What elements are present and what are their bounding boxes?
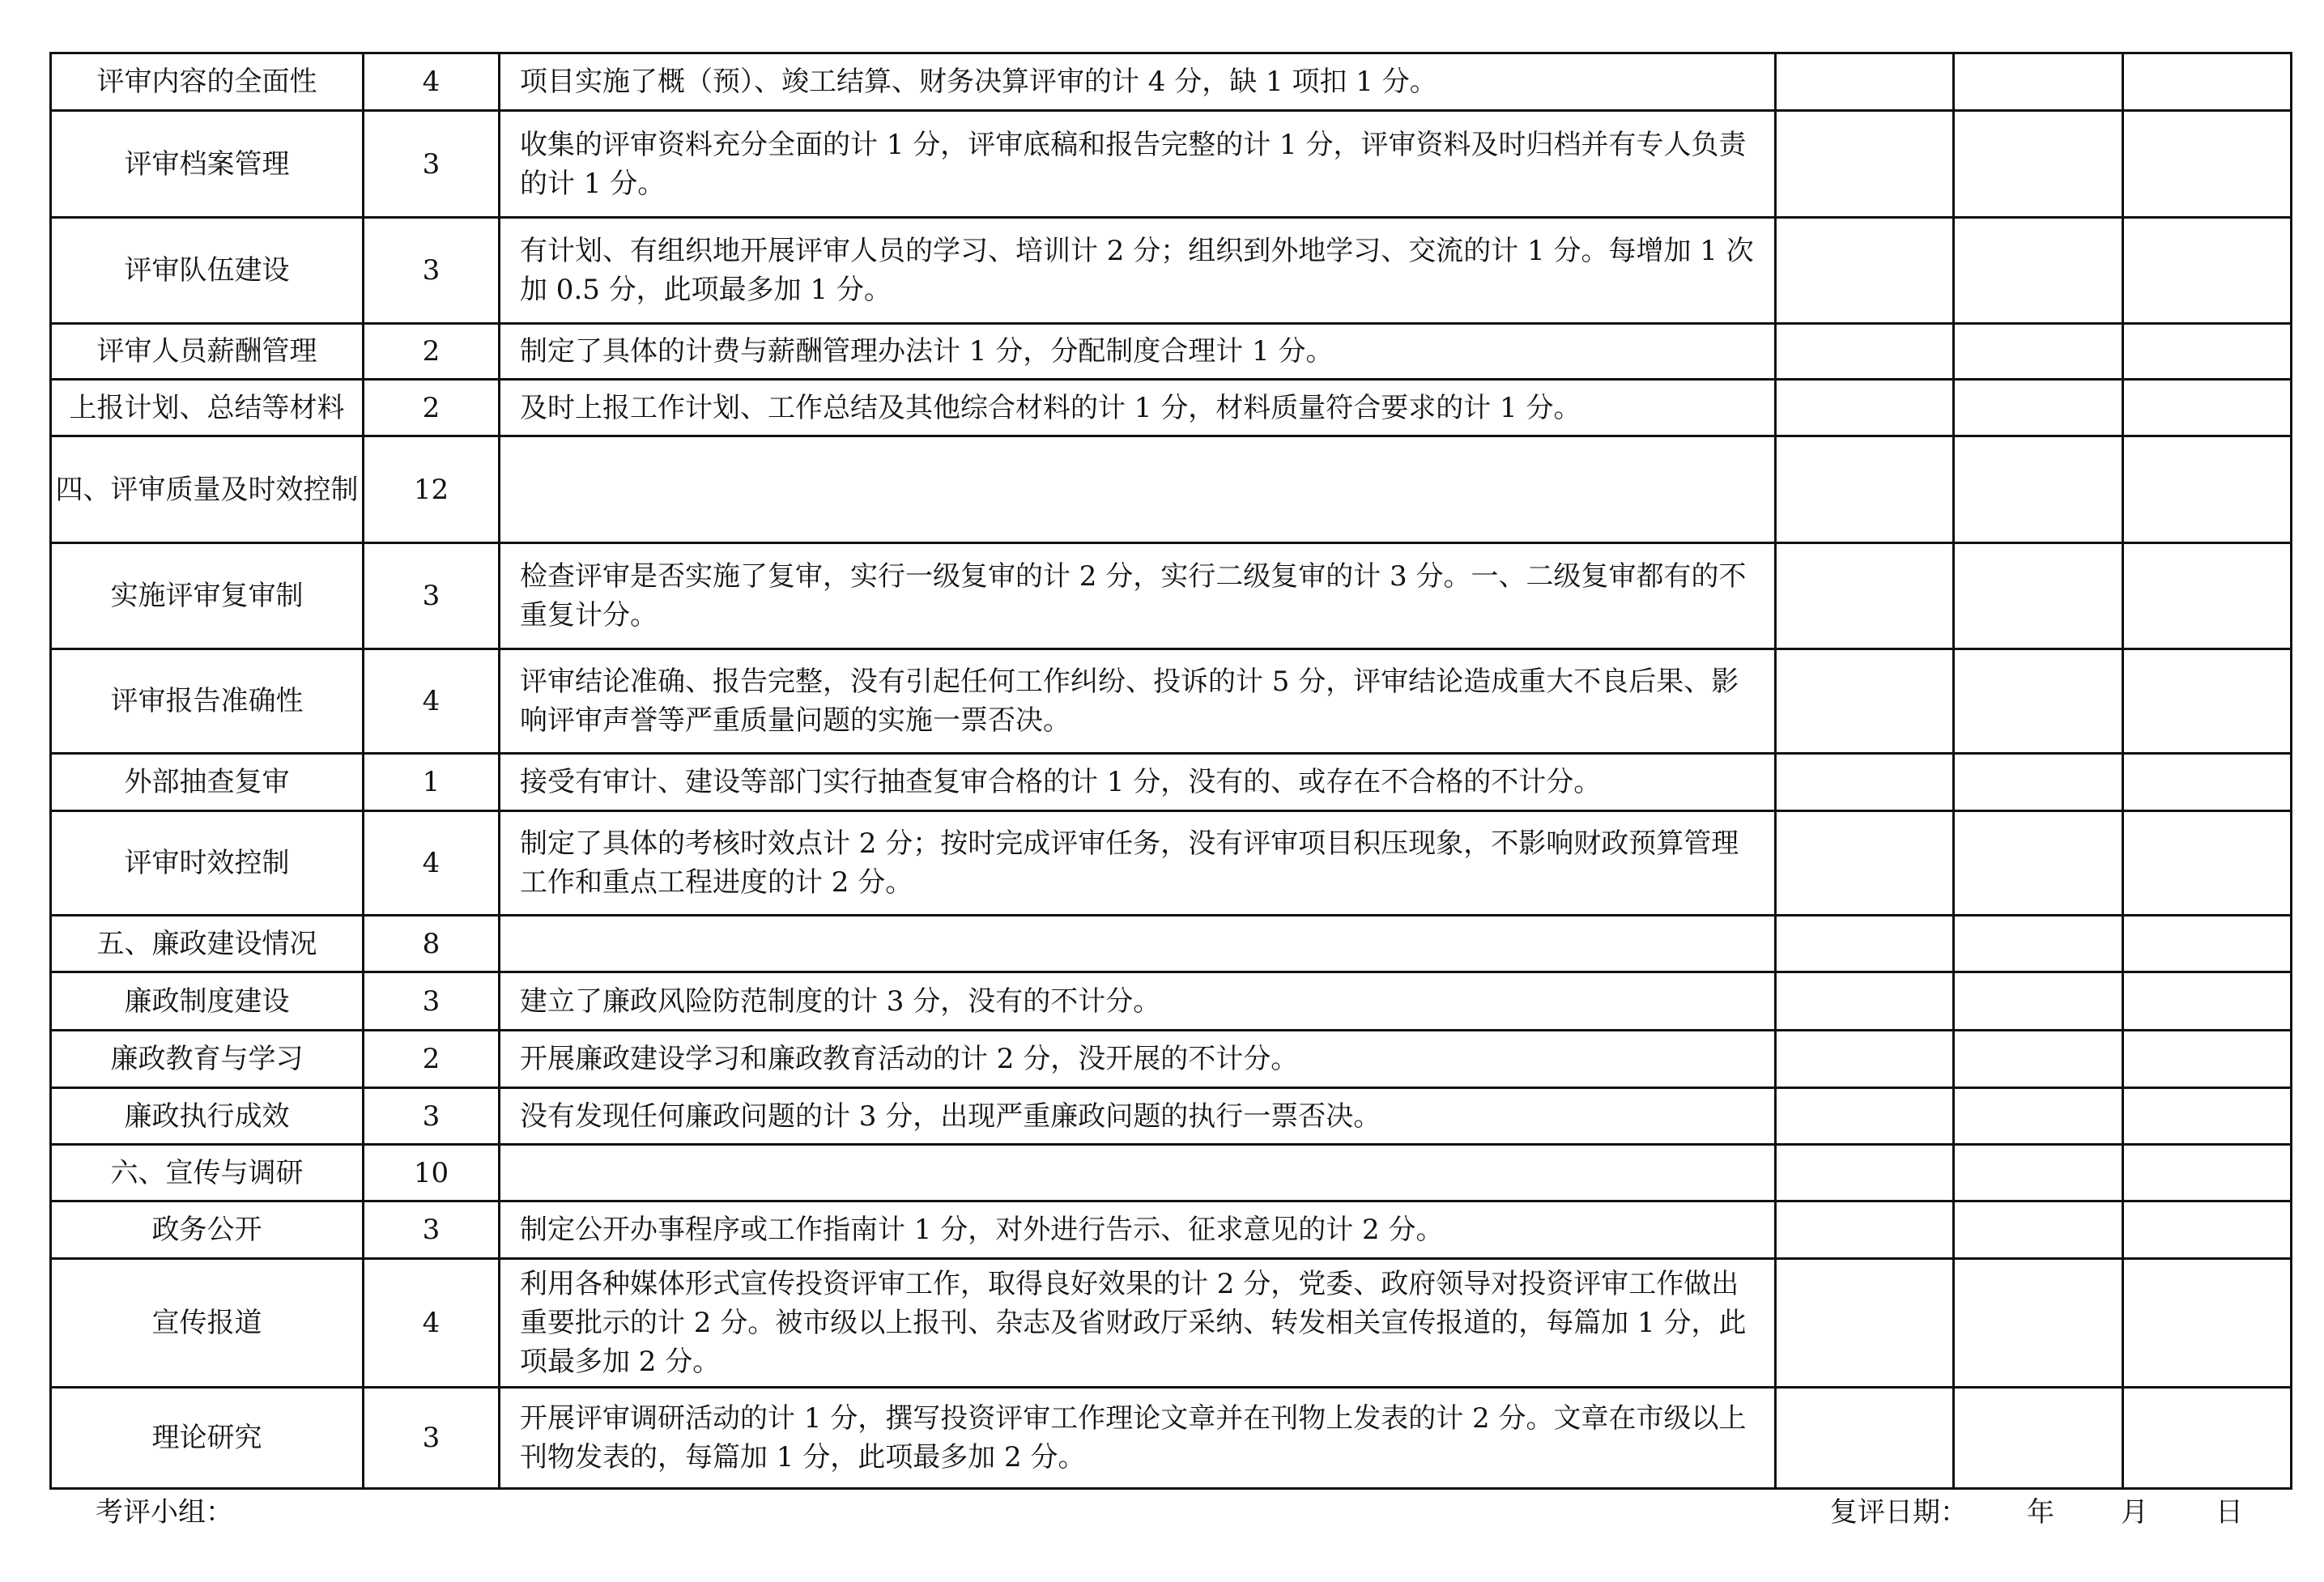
points-cell: 10 — [364, 1145, 500, 1201]
criteria-cell: 检查评审是否实施了复审，实行一级复审的计 2 分，实行二级复审的计 3 分。一、… — [500, 543, 1776, 649]
item-cell: 廉政制度建设 — [51, 972, 364, 1031]
score-cell — [1776, 543, 1954, 649]
remark-cell — [2123, 1388, 2292, 1489]
criteria-cell: 项目实施了概（预）、竣工结算、财务决算评审的计 4 分，缺 1 项扣 1 分。 — [500, 53, 1776, 111]
review-cell — [1954, 916, 2123, 972]
remark-cell — [2123, 1259, 2292, 1388]
criteria-cell — [500, 1145, 1776, 1201]
score-cell — [1776, 811, 1954, 916]
item-cell: 评审报告准确性 — [51, 649, 364, 754]
points-cell: 8 — [364, 916, 500, 972]
table-row: 评审人员薪酬管理2制定了具体的计费与薪酬管理办法计 1 分，分配制度合理计 1 … — [51, 324, 2292, 380]
table-row: 廉政制度建设3建立了廉政风险防范制度的计 3 分，没有的不计分。 — [51, 972, 2292, 1031]
review-cell — [1954, 53, 2123, 111]
review-cell — [1954, 324, 2123, 380]
criteria-cell: 制定公开办事程序或工作指南计 1 分，对外进行告示、征求意见的计 2 分。 — [500, 1201, 1776, 1259]
remark-cell — [2123, 1201, 2292, 1259]
criteria-cell: 评审结论准确、报告完整，没有引起任何工作纠纷、投诉的计 5 分，评审结论造成重大… — [500, 649, 1776, 754]
review-cell — [1954, 1088, 2123, 1145]
score-cell — [1776, 1031, 1954, 1088]
item-cell: 五、廉政建设情况 — [51, 916, 364, 972]
table-row: 评审队伍建设3有计划、有组织地开展评审人员的学习、培训计 2 分；组织到外地学习… — [51, 218, 2292, 324]
points-cell: 2 — [364, 1031, 500, 1088]
remark-cell — [2123, 754, 2292, 811]
remark-cell — [2123, 1031, 2292, 1088]
remark-cell — [2123, 436, 2292, 543]
review-cell — [1954, 1145, 2123, 1201]
criteria-cell: 及时上报工作计划、工作总结及其他综合材料的计 1 分，材料质量符合要求的计 1 … — [500, 380, 1776, 436]
score-cell — [1776, 1388, 1954, 1489]
month-label: 月 — [2121, 1490, 2148, 1529]
points-cell: 3 — [364, 1388, 500, 1489]
year-label: 年 — [2027, 1490, 2054, 1529]
points-cell: 4 — [364, 811, 500, 916]
review-cell — [1954, 754, 2123, 811]
item-cell: 六、宣传与调研 — [51, 1145, 364, 1201]
table-row: 上报计划、总结等材料2及时上报工作计划、工作总结及其他综合材料的计 1 分，材料… — [51, 380, 2292, 436]
item-cell: 上报计划、总结等材料 — [51, 380, 364, 436]
points-cell: 3 — [364, 218, 500, 324]
criteria-cell: 建立了廉政风险防范制度的计 3 分，没有的不计分。 — [500, 972, 1776, 1031]
table-row: 廉政教育与学习2开展廉政建设学习和廉政教育活动的计 2 分，没开展的不计分。 — [51, 1031, 2292, 1088]
item-cell: 评审队伍建设 — [51, 218, 364, 324]
table-row: 评审档案管理3收集的评审资料充分全面的计 1 分，评审底稿和报告完整的计 1 分… — [51, 111, 2292, 218]
points-cell: 4 — [364, 649, 500, 754]
review-cell — [1954, 436, 2123, 543]
item-cell: 评审时效控制 — [51, 811, 364, 916]
points-cell: 4 — [364, 53, 500, 111]
review-cell — [1954, 1201, 2123, 1259]
table-row: 外部抽查复审1接受有审计、建设等部门实行抽查复审合格的计 1 分，没有的、或存在… — [51, 754, 2292, 811]
item-cell: 宣传报道 — [51, 1259, 364, 1388]
points-cell: 3 — [364, 1088, 500, 1145]
remark-cell — [2123, 53, 2292, 111]
score-cell — [1776, 1145, 1954, 1201]
remark-cell — [2123, 111, 2292, 218]
score-cell — [1776, 972, 1954, 1031]
item-cell: 评审内容的全面性 — [51, 53, 364, 111]
table-row: 四、评审质量及时效控制12 — [51, 436, 2292, 543]
remark-cell — [2123, 324, 2292, 380]
table-row: 理论研究3开展评审调研活动的计 1 分，撰写投资评审工作理论文章并在刊物上发表的… — [51, 1388, 2292, 1489]
table-row: 宣传报道4利用各种媒体形式宣传投资评审工作，取得良好效果的计 2 分，党委、政府… — [51, 1259, 2292, 1388]
remark-cell — [2123, 1088, 2292, 1145]
review-date-label: 复评日期： — [1830, 1490, 1968, 1529]
score-cell — [1776, 53, 1954, 111]
review-cell — [1954, 1388, 2123, 1489]
table-row: 评审时效控制4制定了具体的考核时效点计 2 分；按时完成评审任务，没有评审项目积… — [51, 811, 2292, 916]
score-cell — [1776, 324, 1954, 380]
score-cell — [1776, 916, 1954, 972]
remark-cell — [2123, 916, 2292, 972]
criteria-cell: 制定了具体的计费与薪酬管理办法计 1 分，分配制度合理计 1 分。 — [500, 324, 1776, 380]
points-cell: 2 — [364, 324, 500, 380]
review-cell — [1954, 972, 2123, 1031]
score-cell — [1776, 649, 1954, 754]
criteria-cell — [500, 916, 1776, 972]
points-cell: 3 — [364, 543, 500, 649]
criteria-cell: 有计划、有组织地开展评审人员的学习、培训计 2 分；组织到外地学习、交流的计 1… — [500, 218, 1776, 324]
review-cell — [1954, 380, 2123, 436]
score-cell — [1776, 1201, 1954, 1259]
points-cell: 4 — [364, 1259, 500, 1388]
score-cell — [1776, 1259, 1954, 1388]
item-cell: 廉政执行成效 — [51, 1088, 364, 1145]
criteria-cell: 开展评审调研活动的计 1 分，撰写投资评审工作理论文章并在刊物上发表的计 2 分… — [500, 1388, 1776, 1489]
scoring-table: 评审内容的全面性4项目实施了概（预）、竣工结算、财务决算评审的计 4 分，缺 1… — [49, 52, 2292, 1490]
points-cell: 1 — [364, 754, 500, 811]
item-cell: 实施评审复审制 — [51, 543, 364, 649]
review-group-label: 考评小组： — [96, 1490, 233, 1529]
criteria-cell: 收集的评审资料充分全面的计 1 分，评审底稿和报告完整的计 1 分，评审资料及时… — [500, 111, 1776, 218]
item-cell: 理论研究 — [51, 1388, 364, 1489]
remark-cell — [2123, 972, 2292, 1031]
review-cell — [1954, 811, 2123, 916]
remark-cell — [2123, 1145, 2292, 1201]
criteria-cell: 制定了具体的考核时效点计 2 分；按时完成评审任务，没有评审项目积压现象，不影响… — [500, 811, 1776, 916]
table-row: 评审内容的全面性4项目实施了概（预）、竣工结算、财务决算评审的计 4 分，缺 1… — [51, 53, 2292, 111]
item-cell: 政务公开 — [51, 1201, 364, 1259]
criteria-cell: 开展廉政建设学习和廉政教育活动的计 2 分，没开展的不计分。 — [500, 1031, 1776, 1088]
score-cell — [1776, 754, 1954, 811]
criteria-cell: 没有发现任何廉政问题的计 3 分，出现严重廉政问题的执行一票否决。 — [500, 1088, 1776, 1145]
review-cell — [1954, 218, 2123, 324]
item-cell: 四、评审质量及时效控制 — [51, 436, 364, 543]
item-cell: 廉政教育与学习 — [51, 1031, 364, 1088]
item-cell: 外部抽查复审 — [51, 754, 364, 811]
table-row: 评审报告准确性4评审结论准确、报告完整，没有引起任何工作纠纷、投诉的计 5 分，… — [51, 649, 2292, 754]
points-cell: 2 — [364, 380, 500, 436]
table-row: 实施评审复审制3检查评审是否实施了复审，实行一级复审的计 2 分，实行二级复审的… — [51, 543, 2292, 649]
remark-cell — [2123, 811, 2292, 916]
review-cell — [1954, 543, 2123, 649]
points-cell: 3 — [364, 972, 500, 1031]
remark-cell — [2123, 649, 2292, 754]
points-cell: 12 — [364, 436, 500, 543]
review-cell — [1954, 111, 2123, 218]
remark-cell — [2123, 218, 2292, 324]
score-cell — [1776, 218, 1954, 324]
points-cell: 3 — [364, 111, 500, 218]
table-row: 廉政执行成效3没有发现任何廉政问题的计 3 分，出现严重廉政问题的执行一票否决。 — [51, 1088, 2292, 1145]
table-row: 政务公开3制定公开办事程序或工作指南计 1 分，对外进行告示、征求意见的计 2 … — [51, 1201, 2292, 1259]
item-cell: 评审人员薪酬管理 — [51, 324, 364, 380]
table-row: 六、宣传与调研10 — [51, 1145, 2292, 1201]
item-cell: 评审档案管理 — [51, 111, 364, 218]
review-cell — [1954, 1031, 2123, 1088]
remark-cell — [2123, 380, 2292, 436]
points-cell: 3 — [364, 1201, 500, 1259]
score-cell — [1776, 436, 1954, 543]
table-row: 五、廉政建设情况8 — [51, 916, 2292, 972]
criteria-cell: 接受有审计、建设等部门实行抽查复审合格的计 1 分，没有的、或存在不合格的不计分… — [500, 754, 1776, 811]
day-label: 日 — [2215, 1490, 2243, 1529]
score-cell — [1776, 111, 1954, 218]
criteria-cell — [500, 436, 1776, 543]
score-cell — [1776, 380, 1954, 436]
review-cell — [1954, 1259, 2123, 1388]
score-cell — [1776, 1088, 1954, 1145]
criteria-cell: 利用各种媒体形式宣传投资评审工作，取得良好效果的计 2 分，党委、政府领导对投资… — [500, 1259, 1776, 1388]
remark-cell — [2123, 543, 2292, 649]
review-cell — [1954, 649, 2123, 754]
